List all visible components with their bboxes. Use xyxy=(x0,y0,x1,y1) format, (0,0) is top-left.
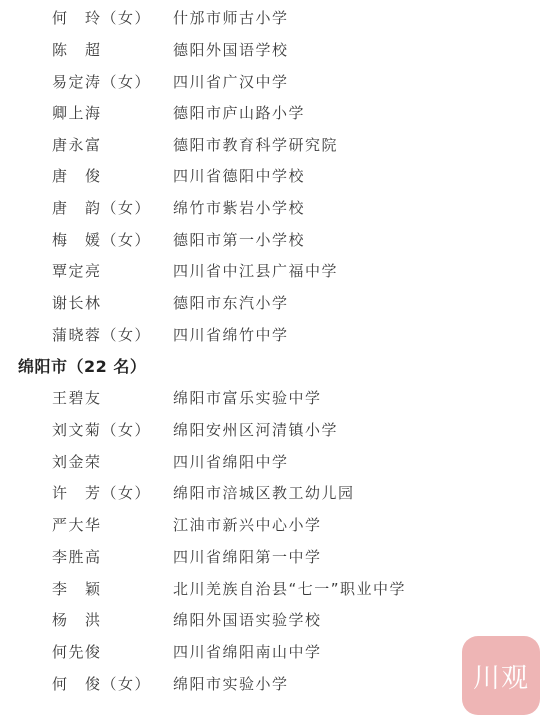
school-name: 四川省中江县广福中学 xyxy=(173,259,338,283)
school-name: 北川羌族自治县“七一”职业中学 xyxy=(173,577,406,601)
person-name: 覃定亮 xyxy=(52,259,102,283)
person-name: 何先俊 xyxy=(52,640,102,664)
school-name: 德阳市庐山路小学 xyxy=(173,101,305,125)
list-item: 陈 超 德阳外国语学校 xyxy=(0,38,550,62)
school-name: 四川省绵阳第一中学 xyxy=(173,545,322,569)
person-name: 王碧友 xyxy=(52,386,102,410)
list-item: 卿上海 德阳市庐山路小学 xyxy=(0,101,550,125)
school-name: 绵竹市紫岩小学校 xyxy=(173,196,305,220)
list-item: 刘文菊（女） 绵阳安州区河清镇小学 xyxy=(0,418,550,442)
school-name: 什邡市师古小学 xyxy=(173,6,289,30)
person-name: 卿上海 xyxy=(52,101,102,125)
school-name: 四川省绵阳南山中学 xyxy=(173,640,322,664)
list-item: 刘金荣 四川省绵阳中学 xyxy=(0,450,550,474)
school-name: 江油市新兴中心小学 xyxy=(173,513,322,537)
school-name: 四川省德阳中学校 xyxy=(173,164,305,188)
person-name: 李 颖 xyxy=(52,577,102,601)
person-name: 刘金荣 xyxy=(52,450,102,474)
school-name: 德阳市东汽小学 xyxy=(173,291,289,315)
list-item: 何 玲（女） 什邡市师古小学 xyxy=(0,6,550,30)
logo-text: 川观 xyxy=(473,656,529,695)
list-item: 严大华 江油市新兴中心小学 xyxy=(0,513,550,537)
list-item: 李胜高 四川省绵阳第一中学 xyxy=(0,545,550,569)
list-item: 唐 俊 四川省德阳中学校 xyxy=(0,164,550,188)
school-name: 绵阳市涪城区教工幼儿园 xyxy=(173,481,355,505)
school-name: 德阳外国语学校 xyxy=(173,38,289,62)
document-page: 何 玲（女） 什邡市师古小学 陈 超 德阳外国语学校 易定涛（女） 四川省广汉中… xyxy=(0,0,550,726)
list-item: 易定涛（女） 四川省广汉中学 xyxy=(0,70,550,94)
school-name: 四川省广汉中学 xyxy=(173,70,289,94)
person-name: 许 芳（女） xyxy=(52,481,151,505)
list-item: 唐 韵（女） 绵竹市紫岩小学校 xyxy=(0,196,550,220)
list-item: 王碧友 绵阳市富乐实验中学 xyxy=(0,386,550,410)
school-name: 四川省绵阳中学 xyxy=(173,450,289,474)
person-name: 杨 洪 xyxy=(52,608,102,632)
list-item: 许 芳（女） 绵阳市涪城区教工幼儿园 xyxy=(0,481,550,505)
chuanguan-logo-watermark: 川观 xyxy=(462,636,540,715)
person-name: 何 俊（女） xyxy=(52,672,151,696)
person-name: 李胜高 xyxy=(52,545,102,569)
person-name: 蒲晓蓉（女） xyxy=(52,323,151,347)
list-item: 李 颖 北川羌族自治县“七一”职业中学 xyxy=(0,577,550,601)
person-name: 唐 韵（女） xyxy=(52,196,151,220)
person-name: 唐永富 xyxy=(52,133,102,157)
person-name: 严大华 xyxy=(52,513,102,537)
list-item: 梅 媛（女） 德阳市第一小学校 xyxy=(0,228,550,252)
school-name: 德阳市教育科学研究院 xyxy=(173,133,338,157)
school-name: 德阳市第一小学校 xyxy=(173,228,305,252)
person-name: 陈 超 xyxy=(52,38,102,62)
person-name: 易定涛（女） xyxy=(52,70,151,94)
section-heading: 绵阳市（22 名） xyxy=(18,355,146,379)
school-name: 绵阳安州区河清镇小学 xyxy=(173,418,338,442)
person-name: 梅 媛（女） xyxy=(52,228,151,252)
list-item: 杨 洪 绵阳外国语实验学校 xyxy=(0,608,550,632)
school-name: 绵阳外国语实验学校 xyxy=(173,608,322,632)
list-item: 谢长林 德阳市东汽小学 xyxy=(0,291,550,315)
list-item: 蒲晓蓉（女） 四川省绵竹中学 xyxy=(0,323,550,347)
school-name: 四川省绵竹中学 xyxy=(173,323,289,347)
list-item: 覃定亮 四川省中江县广福中学 xyxy=(0,259,550,283)
school-name: 绵阳市实验小学 xyxy=(173,672,289,696)
school-name: 绵阳市富乐实验中学 xyxy=(173,386,322,410)
person-name: 谢长林 xyxy=(52,291,102,315)
person-name: 唐 俊 xyxy=(52,164,102,188)
person-name: 何 玲（女） xyxy=(52,6,151,30)
list-item: 唐永富 德阳市教育科学研究院 xyxy=(0,133,550,157)
person-name: 刘文菊（女） xyxy=(52,418,151,442)
